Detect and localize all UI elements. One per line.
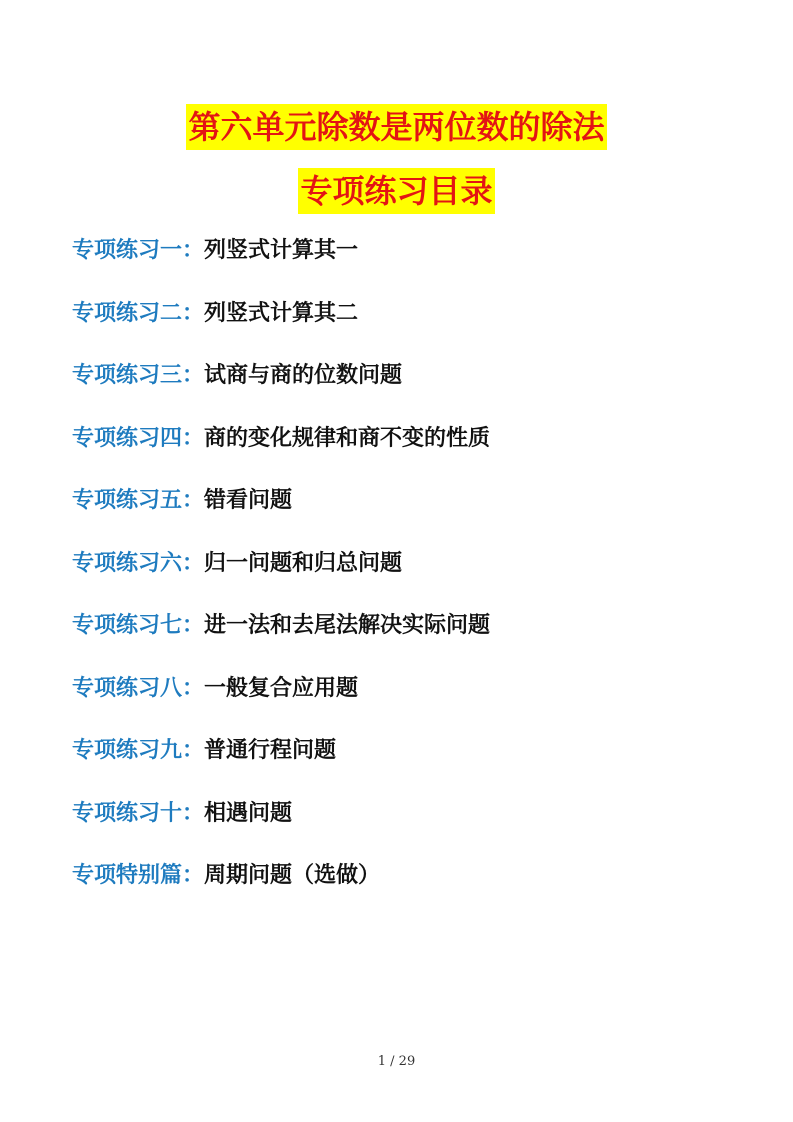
toc-item-label: 专项练习四： xyxy=(72,426,204,451)
toc-item-title: 试商与商的位数问题 xyxy=(204,363,402,388)
toc-item-label: 专项练习六： xyxy=(72,551,204,576)
toc-item-title: 列竖式计算其一 xyxy=(204,238,358,263)
toc-item-title: 错看问题 xyxy=(204,488,292,513)
toc-item-label: 专项练习十： xyxy=(72,801,204,826)
document-title-line-2: 专项练习目录 xyxy=(0,168,793,214)
toc-item: 专项练习九：普通行程问题 xyxy=(72,730,490,793)
toc-item-label: 专项练习二： xyxy=(72,301,204,326)
toc-item: 专项练习三：试商与商的位数问题 xyxy=(72,355,490,418)
toc-item: 专项练习二：列竖式计算其二 xyxy=(72,293,490,356)
toc-item-title: 列竖式计算其二 xyxy=(204,301,358,326)
toc-item-title: 进一法和去尾法解决实际问题 xyxy=(204,613,490,638)
toc-item: 专项练习四：商的变化规律和商不变的性质 xyxy=(72,418,490,481)
toc-item: 专项练习七：进一法和去尾法解决实际问题 xyxy=(72,605,490,668)
toc-item-title: 相遇问题 xyxy=(204,801,292,826)
toc-item-label: 专项练习一： xyxy=(72,238,204,263)
page-indicator: 1 / 29 xyxy=(0,1054,793,1069)
toc-item: 专项练习八：一般复合应用题 xyxy=(72,668,490,731)
toc-item: 专项练习六：归一问题和归总问题 xyxy=(72,543,490,606)
toc-item-label: 专项练习八： xyxy=(72,676,204,701)
table-of-contents: 专项练习一：列竖式计算其一 专项练习二：列竖式计算其二 专项练习三：试商与商的位… xyxy=(72,230,490,918)
toc-item-title: 一般复合应用题 xyxy=(204,676,358,701)
toc-item: 专项特别篇：周期问题（选做） xyxy=(72,855,490,918)
document-subtitle: 专项练习目录 xyxy=(298,168,494,214)
toc-item: 专项练习五：错看问题 xyxy=(72,480,490,543)
toc-item-title: 归一问题和归总问题 xyxy=(204,551,402,576)
toc-item-label: 专项练习九： xyxy=(72,738,204,763)
toc-item-title: 普通行程问题 xyxy=(204,738,336,763)
toc-item: 专项练习一：列竖式计算其一 xyxy=(72,230,490,293)
toc-item-title: 周期问题（选做） xyxy=(204,863,380,888)
document-title-line-1: 第六单元除数是两位数的除法 xyxy=(0,104,793,150)
toc-item: 专项练习十：相遇问题 xyxy=(72,793,490,856)
toc-item-label: 专项练习三： xyxy=(72,363,204,388)
toc-item-label: 专项特别篇： xyxy=(72,863,204,888)
document-title: 第六单元除数是两位数的除法 xyxy=(186,104,606,150)
toc-item-label: 专项练习五： xyxy=(72,488,204,513)
toc-item-label: 专项练习七： xyxy=(72,613,204,638)
toc-item-title: 商的变化规律和商不变的性质 xyxy=(204,426,490,451)
